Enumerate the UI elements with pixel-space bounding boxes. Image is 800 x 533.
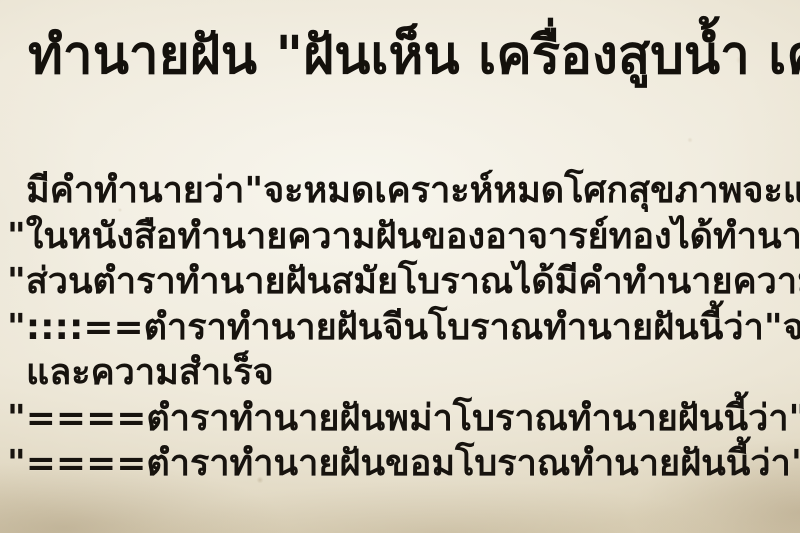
prediction-line: "====ตำราทำนายฝันพม่าโบราณทำนายฝันนี้ว่า… [0,396,800,442]
prediction-line: และความสำเร็จ [0,350,800,396]
page-title: ทำนายฝัน "ฝันเห็น เครื่องสูบน้ำ เครื่องส… [28,22,800,91]
prediction-line: "ส่วนตำราทำนายฝันสมัยโบราณได้มีคำทำนายคว… [0,259,800,305]
prediction-line: "ในหนังสือทำนายความฝันของอาจารย์ทองได้ทำ… [0,214,800,260]
parchment-page: ทำนายฝัน "ฝันเห็น เครื่องสูบน้ำ เครื่องส… [0,0,800,533]
prediction-line: มีคำทำนายว่า"จะหมดเคราะห์หมดโศกสุขภาพจะแ… [0,168,800,214]
prediction-text-block: มีคำทำนายว่า"จะหมดเคราะห์หมดโศกสุขภาพจะแ… [0,168,800,487]
prediction-line: "====ตำราทำนายฝันขอมโบราณทำนายฝันนี้ว่า"… [0,441,800,487]
prediction-line: "::::==ตำราทำนายฝันจีนโบราณทำนายฝันนี้ว่… [0,305,800,351]
